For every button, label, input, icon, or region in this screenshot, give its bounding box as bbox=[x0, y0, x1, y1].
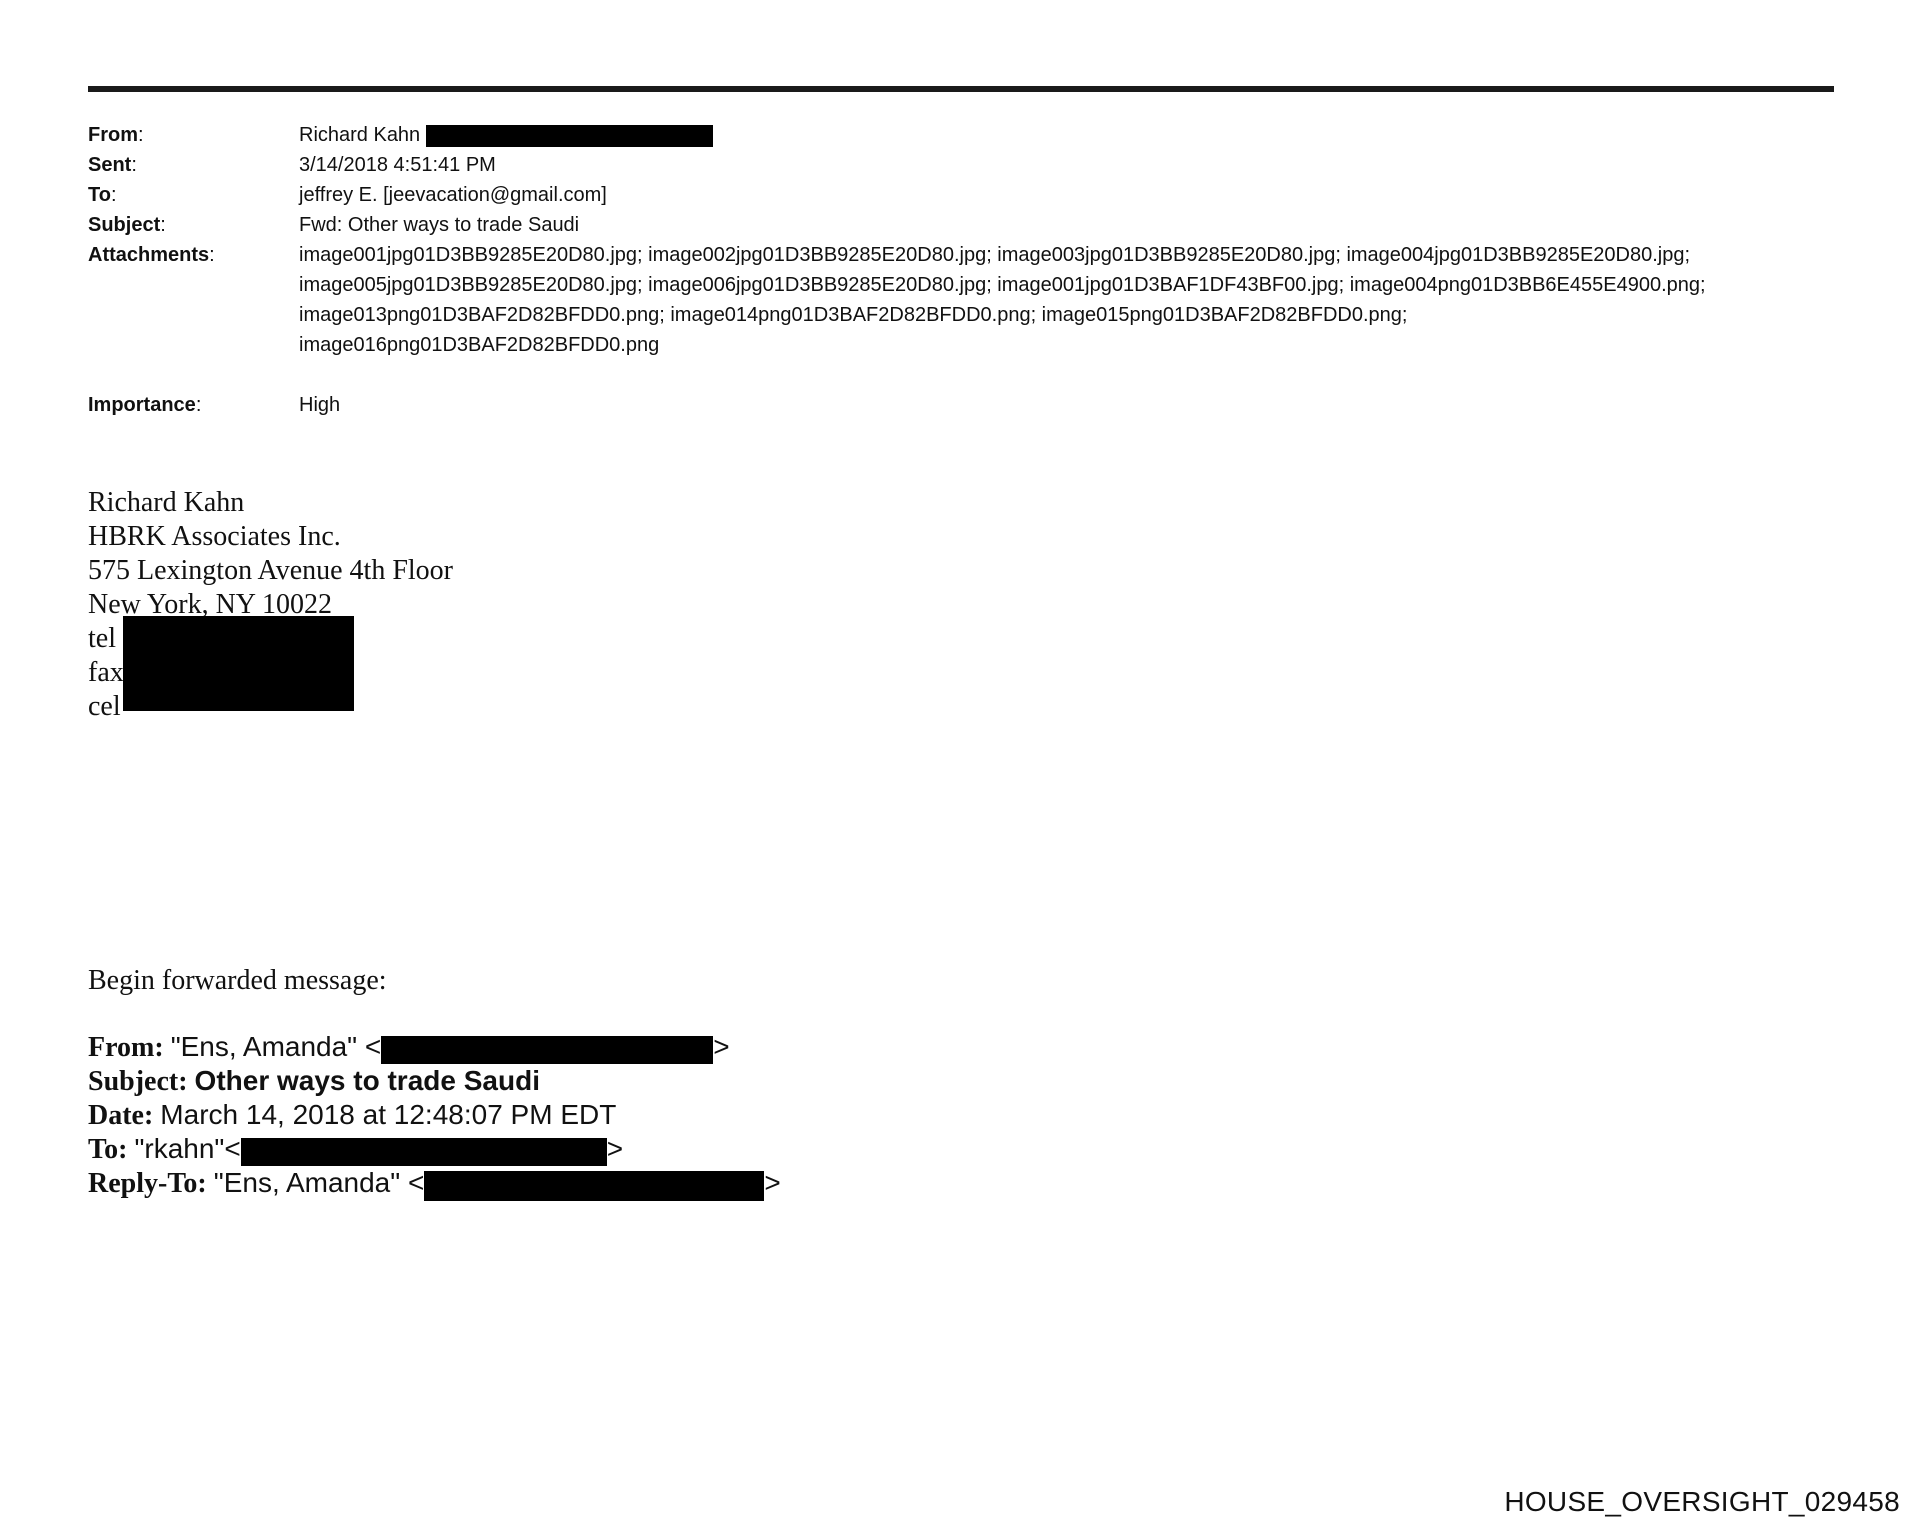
forwarded-header: From: "Ens, Amanda" <> Subject: Other wa… bbox=[88, 1030, 781, 1200]
redaction-block bbox=[123, 616, 354, 711]
forwarded-date-value: March 14, 2018 at 12:48:07 PM EDT bbox=[160, 1099, 616, 1130]
forwarded-intro: Begin forwarded message: bbox=[88, 964, 387, 998]
forwarded-from-value: "Ens, Amanda" < bbox=[171, 1031, 382, 1062]
forwarded-reply-to-row: Reply-To: "Ens, Amanda" <> bbox=[88, 1166, 781, 1200]
forwarded-subject-value: Other ways to trade Saudi bbox=[195, 1065, 540, 1096]
forwarded-to-row: To: "rkahn"<> bbox=[88, 1132, 781, 1166]
redaction-block bbox=[381, 1036, 713, 1064]
forwarded-from-row: From: "Ens, Amanda" <> bbox=[88, 1030, 781, 1064]
signature-company: HBRK Associates Inc. bbox=[88, 520, 453, 554]
from-label: From: bbox=[88, 120, 144, 150]
bates-number: HOUSE_OVERSIGHT_029458 bbox=[1504, 1486, 1900, 1518]
header-divider bbox=[88, 86, 1834, 92]
forwarded-subject-label: Subject: bbox=[88, 1066, 188, 1097]
attachment-line: image016png01D3BAF2D82BFDD0.png bbox=[299, 330, 1706, 360]
forwarded-date-row: Date: March 14, 2018 at 12:48:07 PM EDT bbox=[88, 1098, 781, 1132]
subject-label: Subject: bbox=[88, 210, 166, 240]
forwarded-from-label: From: bbox=[88, 1032, 164, 1063]
forwarded-date-label: Date: bbox=[88, 1100, 153, 1131]
to-value: jeffrey E. [jeevacation@gmail.com] bbox=[299, 180, 607, 210]
attachment-line: image001jpg01D3BB9285E20D80.jpg; image00… bbox=[299, 240, 1706, 270]
to-label: To: bbox=[88, 180, 117, 210]
forwarded-reply-to-label: Reply-To: bbox=[88, 1168, 207, 1199]
attachments-label: Attachments: bbox=[88, 240, 215, 270]
redaction-block bbox=[424, 1171, 764, 1201]
forwarded-to-value: "rkahn"< bbox=[134, 1133, 240, 1164]
redaction-block bbox=[426, 125, 713, 147]
redaction-block bbox=[241, 1138, 607, 1166]
signature-name: Richard Kahn bbox=[88, 486, 453, 520]
forwarded-subject-row: Subject: Other ways to trade Saudi bbox=[88, 1064, 781, 1098]
sent-label: Sent: bbox=[88, 150, 137, 180]
signature-block: Richard Kahn HBRK Associates Inc. 575 Le… bbox=[88, 486, 453, 724]
forwarded-to-label: To: bbox=[88, 1134, 127, 1165]
signature-address: 575 Lexington Avenue 4th Floor bbox=[88, 554, 453, 588]
subject-value: Fwd: Other ways to trade Saudi bbox=[299, 210, 579, 240]
attachments-list: image001jpg01D3BB9285E20D80.jpg; image00… bbox=[299, 240, 1706, 360]
importance-value: High bbox=[299, 390, 340, 420]
sent-value: 3/14/2018 4:51:41 PM bbox=[299, 150, 496, 180]
forwarded-reply-to-value: "Ens, Amanda" < bbox=[214, 1167, 425, 1198]
attachment-line: image013png01D3BAF2D82BFDD0.png; image01… bbox=[299, 300, 1706, 330]
from-value: Richard Kahn bbox=[299, 120, 713, 150]
attachment-line: image005jpg01D3BB9285E20D80.jpg; image00… bbox=[299, 270, 1706, 300]
importance-label: Importance: bbox=[88, 390, 201, 420]
